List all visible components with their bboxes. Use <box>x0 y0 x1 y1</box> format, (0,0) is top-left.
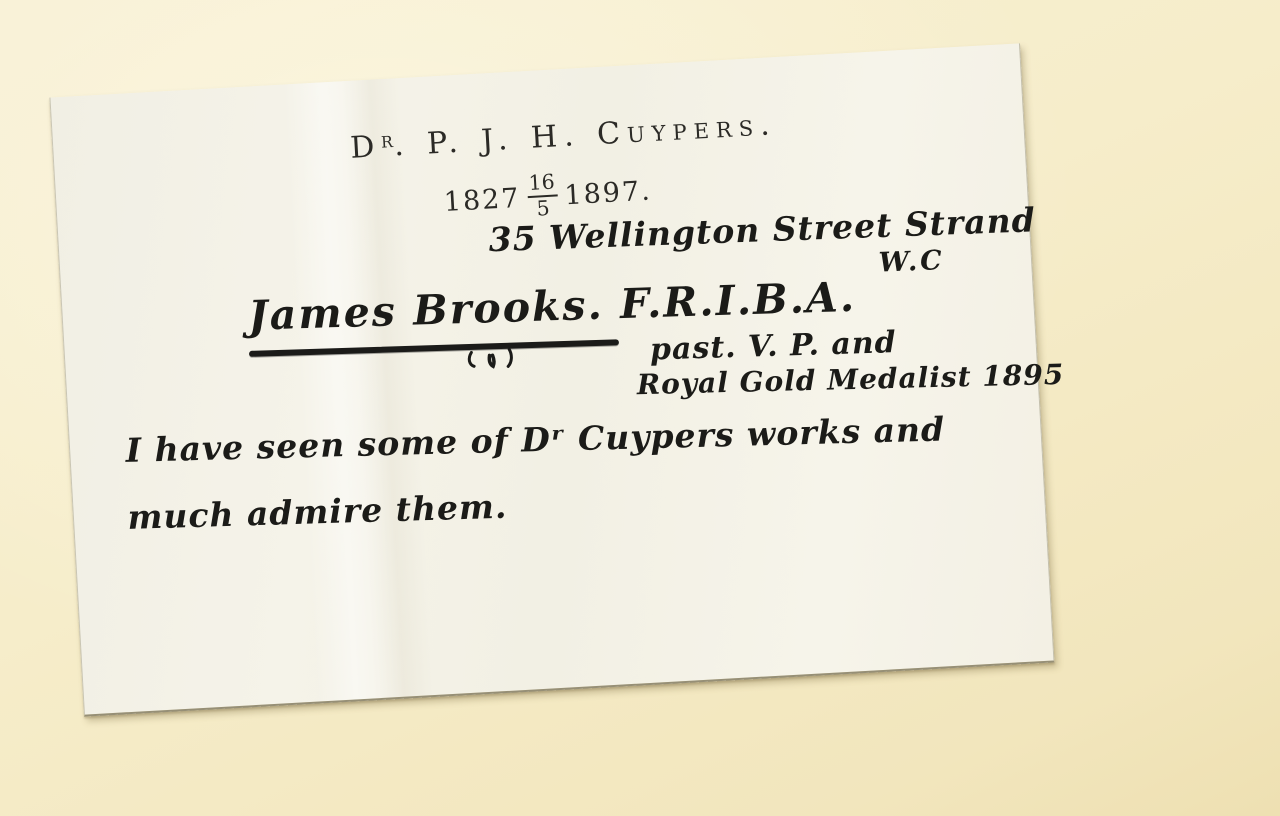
handwritten-note-line-1: I have seen some of Dʳ Cuypers works and <box>125 409 945 469</box>
handwritten-role-line: past. V. P. and <box>649 325 897 367</box>
handwritten-note-line-2: much admire them. <box>127 487 508 537</box>
date-fraction-numerator: 16 <box>526 171 557 197</box>
heading-prefix-initial: D <box>349 129 382 166</box>
ink-flourish-mark <box>465 345 527 378</box>
birth-year: 1827 <box>443 183 521 218</box>
date-fraction: 165 <box>526 171 559 220</box>
handwritten-postal-district: W.C <box>878 245 945 279</box>
death-year: 1897. <box>564 175 653 211</box>
date-fraction-denominator: 5 <box>527 196 558 220</box>
album-page: DR. P. J. H. Cuypers. 18271651897. 35 We… <box>0 0 1280 816</box>
signature-underline <box>249 339 619 357</box>
heading-name-text: . P. J. H. Cuypers. <box>393 107 777 163</box>
autograph-card: DR. P. J. H. Cuypers. 18271651897. 35 We… <box>49 43 1054 716</box>
